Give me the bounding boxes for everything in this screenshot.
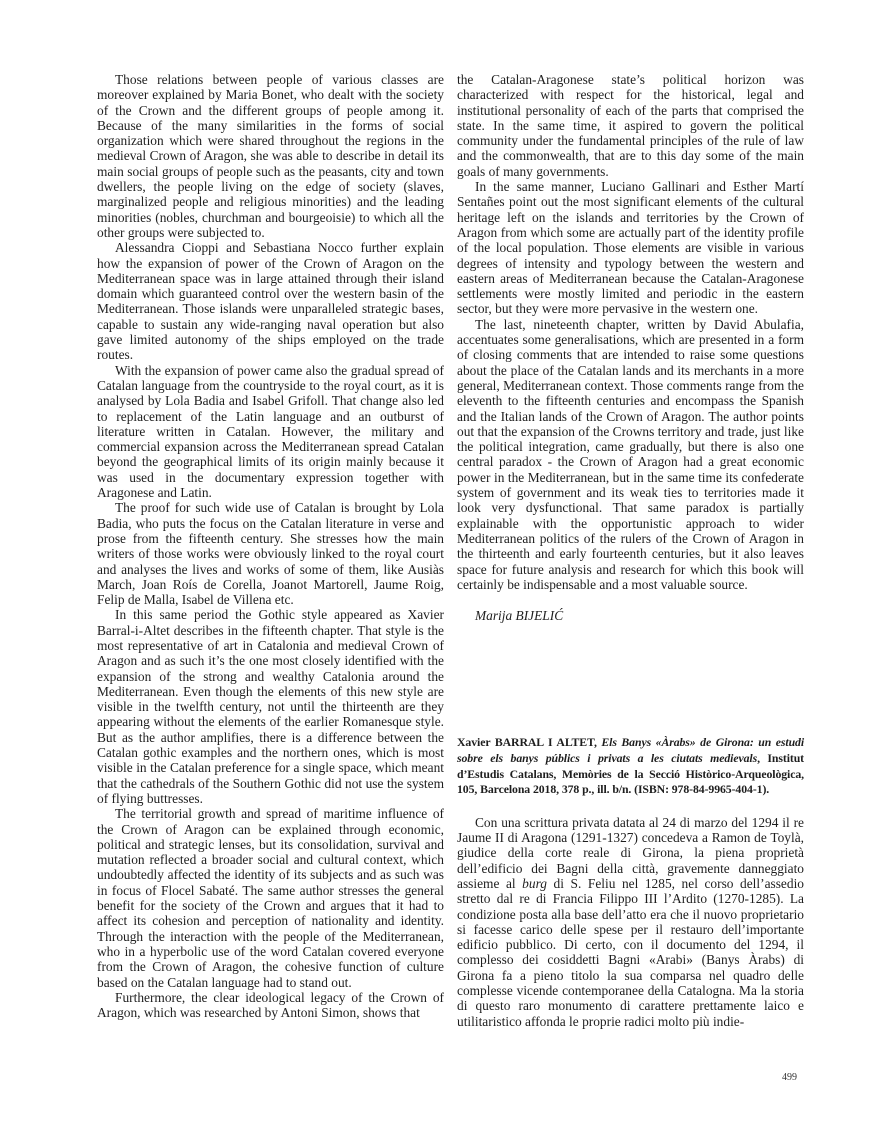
page-number: 499 [782,1072,797,1083]
paragraph-david-abulafia: The last, nineteenth chapter, written by… [457,317,804,592]
paragraph-maria-bonet: Those relations between people of variou… [97,72,444,240]
paragraph-antoni-simon: Furthermore, the clear ideological legac… [97,990,444,1021]
paragraph-flocel-sabate: The territorial growth and spread of mar… [97,806,444,990]
paragraph-gothic-style: In this same period the Gothic style app… [97,607,444,806]
paragraph-cioppi-nocco: Alessandra Cioppi and Sebastiana Nocco f… [97,240,444,362]
document-page: Those relations between people of variou… [0,0,888,1133]
paragraph-continuation: the Catalan-Aragonese state’s political … [457,72,804,179]
paragraph-catalan-language: With the expansion of power came also th… [97,363,444,501]
section-spacer [457,623,804,735]
paragraph-review-opening: Con una scrittura privata datata al 24 d… [457,815,804,1029]
paragraph-lola-badia: The proof for such wide use of Catalan i… [97,500,444,607]
reviewer-signature: Marija BIJELIĆ [457,608,804,623]
review-text-part-2: di S. Feliu nel 1285, nel corso dell’ass… [457,876,804,1029]
reference-author: Xavier BARRAL I ALTET, [457,735,601,749]
right-column: the Catalan-Aragonese state’s political … [457,72,804,1029]
left-column: Those relations between people of variou… [97,72,444,1020]
review-text-italic-burg: burg [522,876,547,891]
review-bibliographic-reference: Xavier BARRAL I ALTET, Els Banys «Àrabs»… [457,735,804,797]
reference-gap [457,798,804,815]
paragraph-gallinari-marti: In the same manner, Luciano Gallinari an… [457,179,804,317]
